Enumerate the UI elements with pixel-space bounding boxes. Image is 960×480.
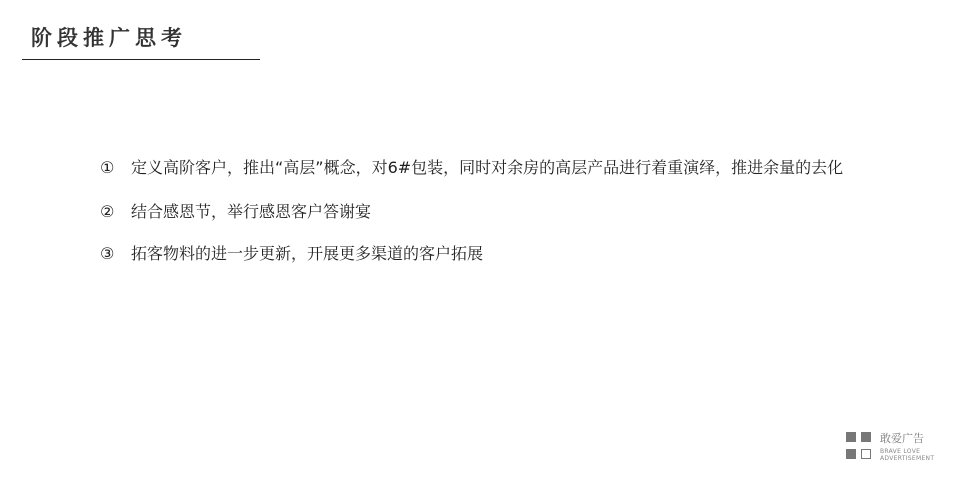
item-text: 拓客物料的进一步更新，开展更多渠道的客户拓展 <box>131 241 871 267</box>
logo-square-icon <box>846 449 856 459</box>
logo-outline-square-icon <box>861 449 871 459</box>
item-number: ② <box>100 199 131 225</box>
list-item: ② 结合感恩节，举行感恩客户答谢宴 <box>100 199 871 225</box>
logo-square-icon <box>861 432 871 442</box>
list-item: ③ 拓客物料的进一步更新，开展更多渠道的客户拓展 <box>100 241 871 267</box>
logo-english-line1: BRAVE LOVE <box>880 448 934 455</box>
item-number: ① <box>100 155 131 190</box>
page-title: 阶段推广思考 <box>31 22 187 52</box>
logo-square-icon <box>846 432 856 442</box>
item-text: 定义高阶客户，推出“高层”概念，对6#包装，同时对余房的高层产品进行着重演绎，推… <box>131 146 871 190</box>
list-item: ① 定义高阶客户，推出“高层”概念，对6#包装，同时对余房的高层产品进行着重演绎… <box>100 155 871 190</box>
title-underline <box>22 59 260 60</box>
logo-chinese-name: 敢爱广告 <box>880 430 924 446</box>
logo-english-line2: ADVERTISEMENT <box>880 455 934 462</box>
logo-english-name: BRAVE LOVE ADVERTISEMENT <box>880 448 934 462</box>
point-list: ① 定义高阶客户，推出“高层”概念，对6#包装，同时对余房的高层产品进行着重演绎… <box>100 155 871 267</box>
item-number: ③ <box>100 241 131 267</box>
item-text: 结合感恩节，举行感恩客户答谢宴 <box>131 199 871 225</box>
